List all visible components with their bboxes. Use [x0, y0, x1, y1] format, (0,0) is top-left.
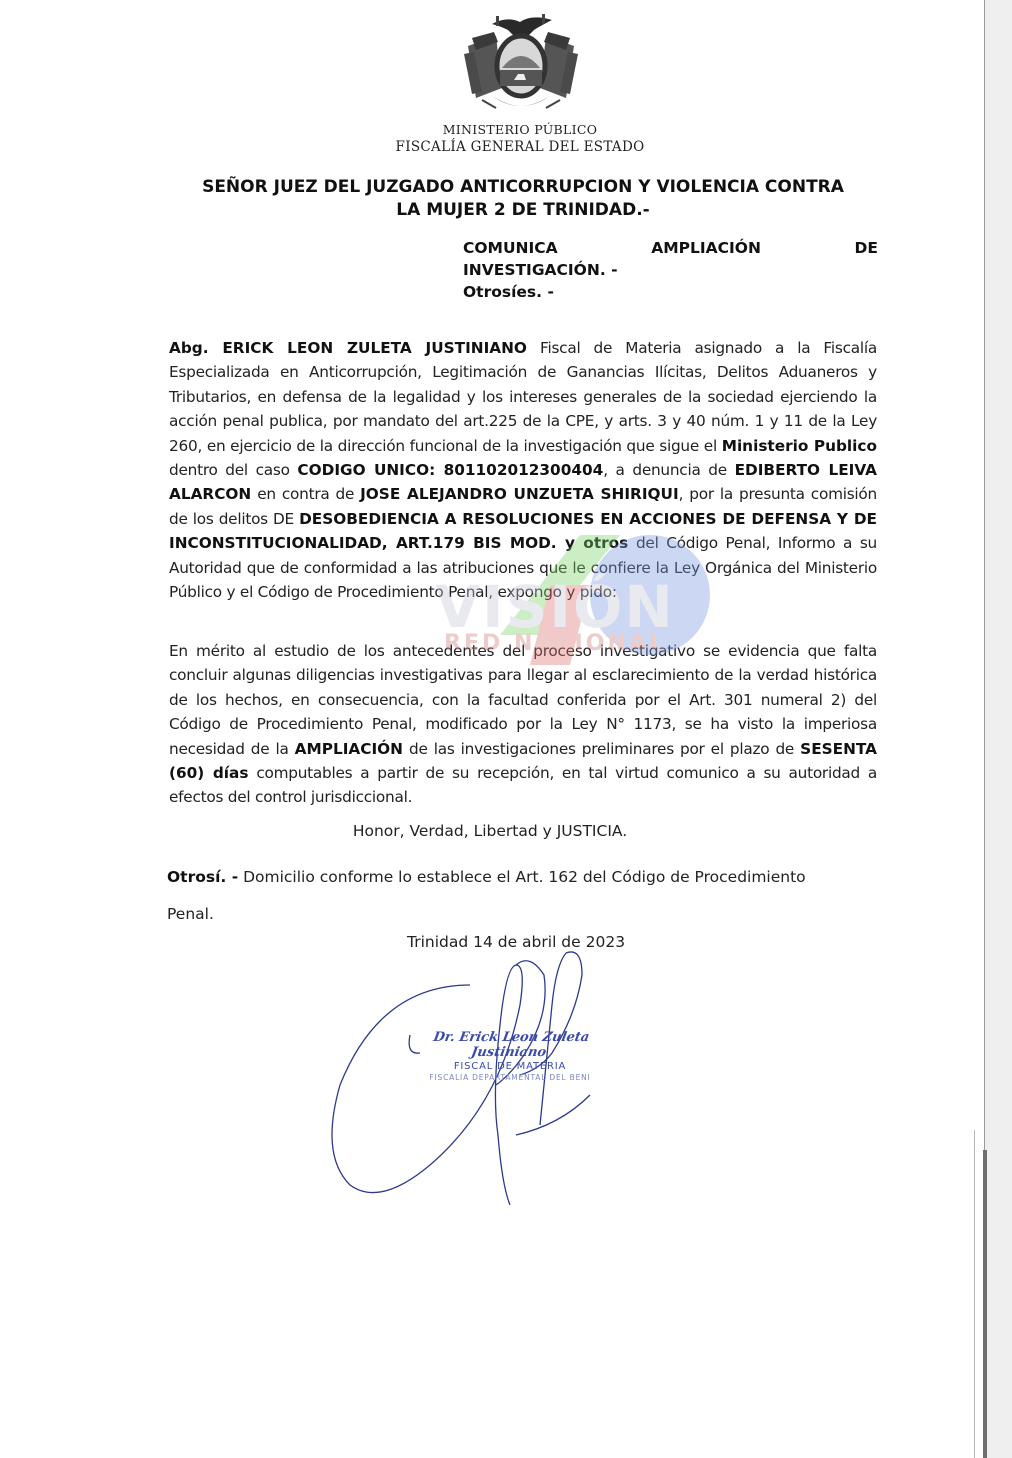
bolivia-coat-of-arms-icon	[462, 8, 580, 116]
otrosi-text: Domicilio conforme lo establece el Art. …	[167, 868, 806, 923]
addressee: SEÑOR JUEZ DEL JUZGADO ANTICORRUPCION Y …	[160, 176, 886, 222]
request-keyword: AMPLIACIÓN	[295, 740, 403, 758]
text-run: dentro del caso	[169, 461, 297, 479]
addressee-line: SEÑOR JUEZ DEL JUZGADO ANTICORRUPCION Y …	[160, 176, 886, 199]
stamp-title: FISCAL DE MATERIA	[400, 1061, 620, 1072]
institution-name: Ministerio Publico	[722, 437, 877, 455]
document-subject: COMUNICA AMPLIACIÓN DE INVESTIGACIÓN. - …	[463, 237, 878, 303]
stamp-department: FISCALIA DEPARTAMENTAL DEL BENI	[400, 1073, 620, 1082]
otrosi-clause: Otrosí. - Domicilio conforme lo establec…	[167, 859, 847, 933]
subject-word: DE	[855, 237, 878, 259]
subject-line: COMUNICA AMPLIACIÓN DE	[463, 237, 878, 259]
prosecutor-name: Abg. ERICK LEON ZULETA JUSTINIANO	[169, 339, 527, 357]
text-run: de las investigaciones preliminares por …	[403, 740, 800, 758]
text-run: en contra de	[251, 485, 360, 503]
case-code: CODIGO UNICO: 801102012300404	[297, 461, 603, 479]
addressee-line: LA MUJER 2 DE TRINIDAD.-	[160, 199, 886, 222]
page-edge	[985, 0, 1012, 1458]
text-run: computables a partir de su recepción, en…	[169, 764, 877, 806]
defendant-name: JOSE ALEJANDRO UNZUETA SHIRIQUI	[360, 485, 679, 503]
ministry-name: MINISTERIO PÚBLICO	[0, 122, 1012, 137]
ministry-office: FISCALÍA GENERAL DEL ESTADO	[0, 139, 1012, 155]
page-edge-shadow	[983, 1150, 987, 1458]
subject-word: COMUNICA	[463, 237, 558, 259]
subject-word: AMPLIACIÓN	[651, 237, 761, 259]
subject-line: INVESTIGACIÓN. -	[463, 259, 878, 281]
paragraph-introduction: Abg. ERICK LEON ZULETA JUSTINIANO Fiscal…	[169, 336, 877, 604]
signature-stamp: Dr. Erick Leon Zuleta Justiniano FISCAL …	[400, 1030, 620, 1082]
closing-motto: Honor, Verdad, Libertad y JUSTICIA.	[160, 822, 820, 840]
stamp-name: Dr. Erick Leon Zuleta Justiniano	[397, 1030, 622, 1060]
paragraph-request: En mérito al estudio de los antecedentes…	[169, 639, 877, 810]
otrosi-label: Otrosí. -	[167, 868, 238, 886]
page-edge-line	[974, 1130, 975, 1458]
subject-line: Otrosíes. -	[463, 281, 878, 303]
text-run: , a denuncia de	[603, 461, 734, 479]
